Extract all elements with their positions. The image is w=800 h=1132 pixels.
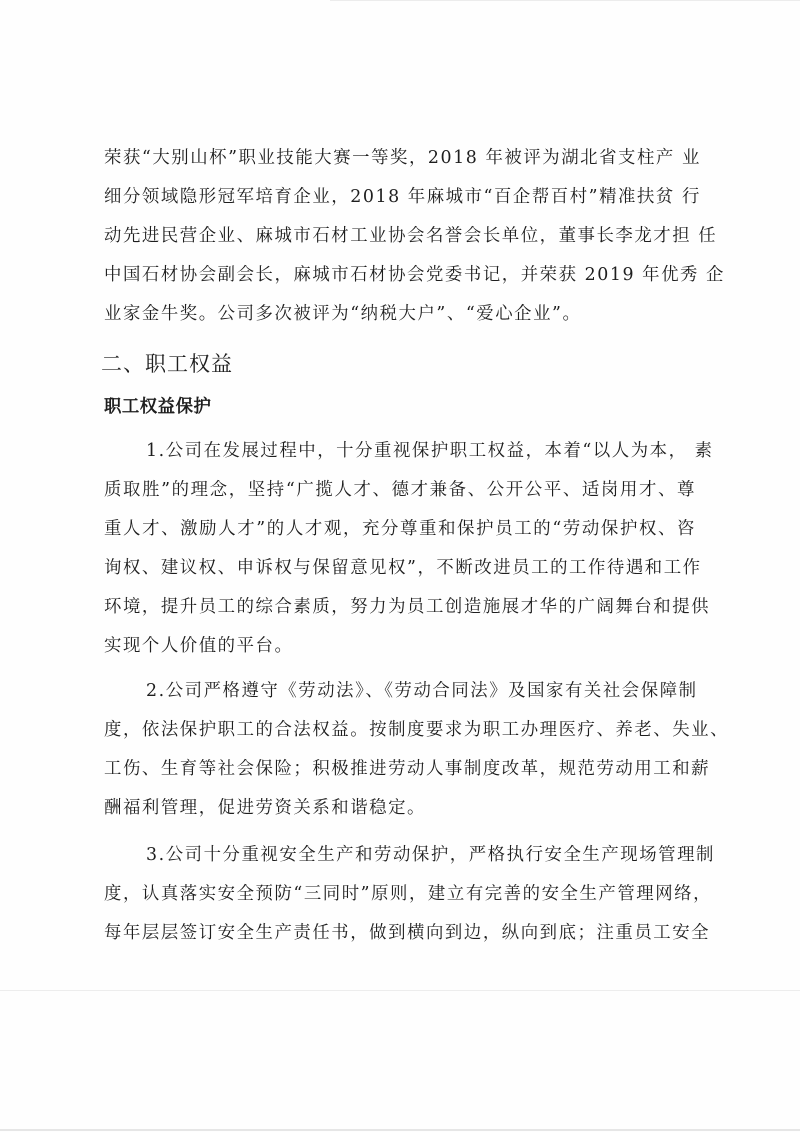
text-line: 2.公司严格遵守《劳动法》、《劳动合同法》及国家有关社会保障制	[104, 672, 696, 711]
paragraph-3: 3.公司十分重视安全生产和劳动保护，严格执行安全生产现场管理制 度，认真落实安全…	[104, 836, 696, 953]
text-line: 度，认真落实安全预防“三同时”原则，建立有完善的安全生产管理网络，	[104, 875, 696, 914]
text-line: 中国石材协会副会长，麻城市石材协会党委书记，并荣获 2019 年优秀 企	[104, 256, 696, 295]
text-line: 荣获“大别山杯”职业技能大赛一等奖，2018 年被评为湖北省支柱产 业	[104, 139, 696, 178]
scan-artifact-line	[0, 1129, 800, 1131]
text-line: 重人才、激励人才”的人才观，充分尊重和保护员工的“劳动保护权、咨	[104, 510, 696, 549]
scan-artifact-line	[0, 990, 800, 991]
text-line: 询权、建议权、申诉权与保留意见权”，不断改进员工的工作待遇和工作	[104, 549, 696, 588]
text-line: 每年层层签订安全生产责任书，做到横向到边，纵向到底；注重员工安全	[104, 914, 696, 953]
text-line: 酬福利管理，促进劳资关系和谐稳定。	[104, 789, 696, 828]
document-body: 荣获“大别山杯”职业技能大赛一等奖，2018 年被评为湖北省支柱产 业 细分领域…	[104, 139, 696, 959]
paragraph-2: 2.公司严格遵守《劳动法》、《劳动合同法》及国家有关社会保障制 度，依法保护职工…	[104, 672, 696, 828]
text-line: 环境，提升员工的综合素质，努力为员工创造施展才华的广阔舞台和提供	[104, 588, 696, 627]
text-line: 实现个人价值的平台。	[104, 627, 696, 666]
text-line: 3.公司十分重视安全生产和劳动保护，严格执行安全生产现场管理制	[104, 836, 696, 875]
text-line: 业家金牛奖。公司多次被评为“纳税大户”、“爱心企业”。	[104, 295, 696, 334]
text-line: 质取胜”的理念，坚持“广揽人才、德才兼备、公开公平、适岗用才、尊	[104, 471, 696, 510]
text-line: 动先进民营企业、麻城市石材工业协会名誉会长单位，董事长李龙才担 任	[104, 217, 696, 256]
subsection-heading: 职工权益保护	[104, 386, 696, 428]
text-line: 工伤、生育等社会保险；积极推进劳动人事制度改革，规范劳动用工和薪	[104, 750, 696, 789]
document-page: 荣获“大别山杯”职业技能大赛一等奖，2018 年被评为湖北省支柱产 业 细分领域…	[0, 0, 800, 1132]
text-line: 1.公司在发展过程中，十分重视保护职工权益，本着“以人为本， 素	[104, 432, 696, 471]
scan-artifact-line	[330, 0, 800, 1]
text-line: 度，依法保护职工的合法权益。按制度要求为职工办理医疗、养老、失业、	[104, 711, 696, 750]
section-heading: 二、职工权益	[101, 342, 696, 386]
paragraph-1: 1.公司在发展过程中，十分重视保护职工权益，本着“以人为本， 素 质取胜”的理念…	[104, 432, 696, 666]
intro-paragraph: 荣获“大别山杯”职业技能大赛一等奖，2018 年被评为湖北省支柱产 业 细分领域…	[104, 139, 696, 334]
text-line: 细分领域隐形冠军培育企业，2018 年麻城市“百企帮百村”精准扶贫 行	[104, 178, 696, 217]
